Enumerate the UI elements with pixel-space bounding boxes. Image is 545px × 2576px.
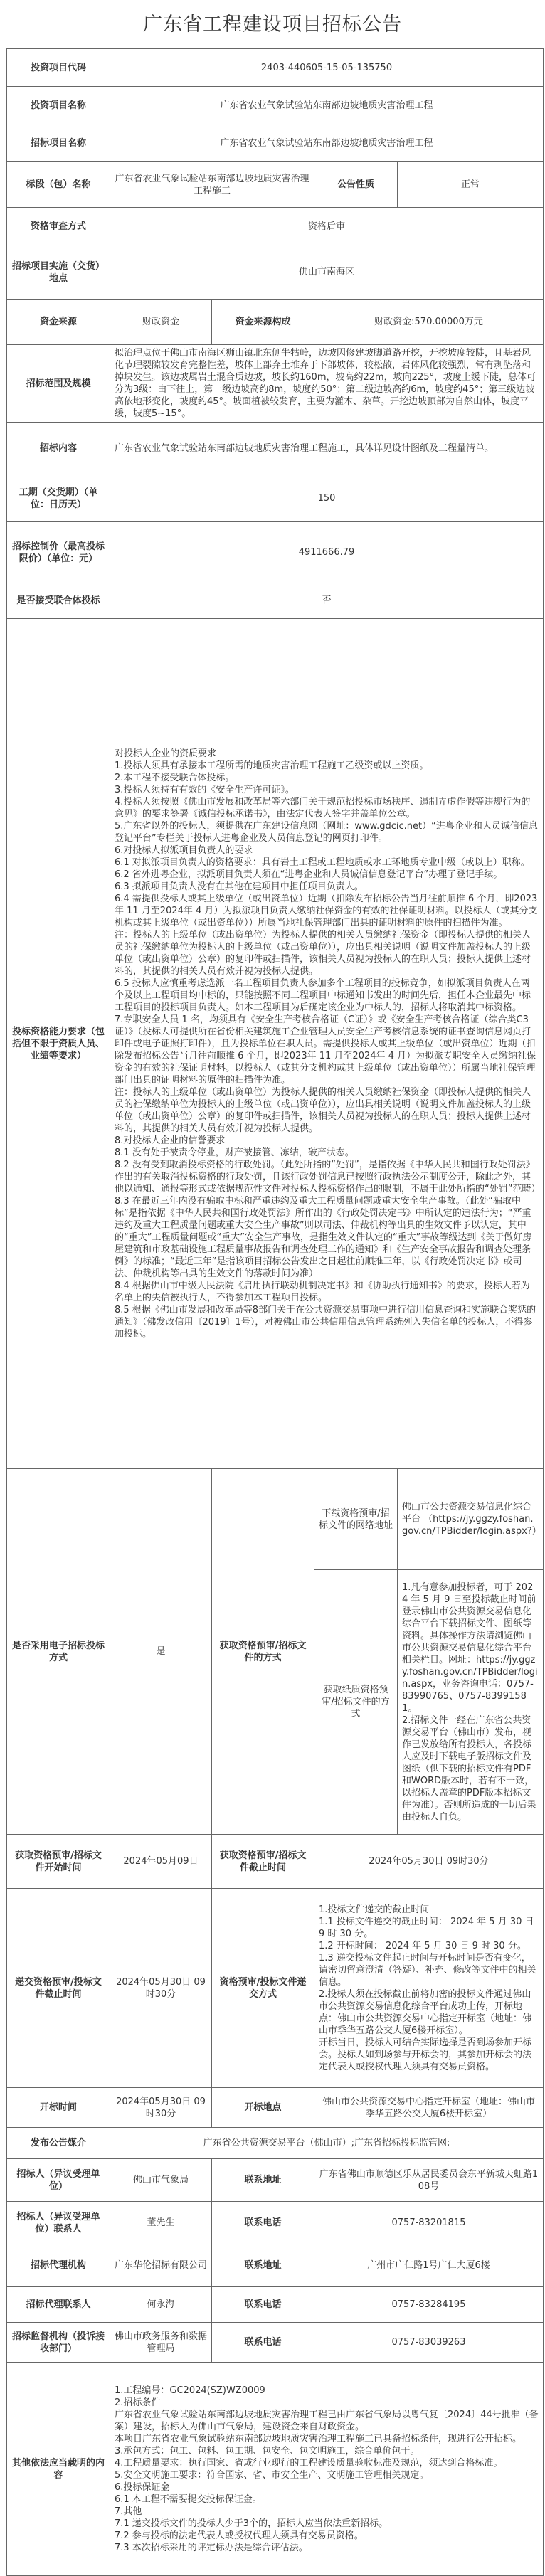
value-agency-phone: 0757-83284195 xyxy=(314,2287,544,2323)
req-line: 7.专职安全人员 1 名，均须具有《安全生产考核合格证（C证）》或《安全生产考核… xyxy=(115,1014,539,1086)
req-line: 6.1 对拟派项目负责人的资格要求：具有岩土工程或工程地质或水工环地质专业中级（… xyxy=(115,857,539,869)
label-tenderer-contact: 招标人（异议受理单位）联系人 xyxy=(7,2202,110,2244)
label-tenderer: 招标人（异议受理单位） xyxy=(7,2159,110,2202)
label-scope: 招标范围及规模 xyxy=(7,345,110,423)
label-consortium: 是否接受联合体投标 xyxy=(7,583,110,619)
submit-line: 1.2 开标时间： 2024 年 5 月 30 日 9 时 30 分。 xyxy=(319,1940,539,1952)
label-section-name: 标段（包）名称 xyxy=(7,162,110,208)
label-doc-start: 获取资格预审/招标文件开始时间 xyxy=(7,1835,110,1889)
value-section-name: 广东省农业气象试验站东南部边坡地质灾害治理工程施工 xyxy=(110,162,314,208)
label-qualification-method: 资格审查方式 xyxy=(7,208,110,245)
label-agency-contact: 招标代理联系人 xyxy=(7,2287,110,2323)
value-investment-name: 广东省农业气象试验站东南部边坡地质灾害治理工程 xyxy=(110,87,544,124)
row-location: 招标项目实施（交货）地点 佛山市南海区 xyxy=(7,245,544,300)
row-max-price: 招标控制价（最高投标限价）（单位：元） 4911666.79 xyxy=(7,522,544,583)
value-media: 广东省公共资源交易平台（佛山市）;广东省招标投标监管网; xyxy=(110,2128,544,2159)
row-agency: 招标代理机构 广东华伦招标有限公司 联系地址 广州市广仁路1号广仁大厦6楼 xyxy=(7,2244,544,2287)
label-content: 招标内容 xyxy=(7,423,110,475)
row-other: 其他依法应当载明的内容 1.工程编号：GC2024(SZ)WZ0009 2.招标… xyxy=(7,2363,544,2576)
row-media: 发布公告媒介 广东省公共资源交易平台（佛山市）;广东省招标投标监管网; xyxy=(7,2128,544,2159)
row-consortium: 是否接受联合体投标 否 xyxy=(7,583,544,619)
req-line: 6.4 需提供投标人或其上级单位（或出资单位）近期（扣除发布招标公告当月往前顺推… xyxy=(115,893,539,929)
other-line: 2.招标条件 xyxy=(115,2397,539,2409)
req-line: 1.投标人须具有承接本工程所需的地质灾害治理工程施工乙级资或以上资质。 xyxy=(115,760,539,772)
label-electronic: 是否采用电子招标投标方式 xyxy=(7,1469,110,1835)
submit-line: 1.投标文件递交的截止时间 xyxy=(319,1904,539,1916)
other-line: 6.1 本工程不需要提交投标保证金。 xyxy=(115,2493,539,2506)
req-line: 4.投标人须按照《佛山市发展和改革局等六部门关于规范招投标市场秩序、遏制弄虚作假… xyxy=(115,796,539,820)
value-electronic: 是 xyxy=(110,1469,212,1835)
label-doc-end: 获取资格预审/招标文件截止时间 xyxy=(212,1835,314,1889)
req-line: 3.投标人须持有有效的《安全生产许可证》。 xyxy=(115,784,539,796)
req-line: 5.广东省以外的投标人，须提供在广东建设信息网（网址：www.gdcic.net… xyxy=(115,820,539,844)
label-investment-name: 投资项目名称 xyxy=(7,87,110,124)
row-supervisor: 招标监督机构（投诉接收部门） 佛山市政务服务和数据管理局 联系电话 0757-8… xyxy=(7,2323,544,2363)
req-line: 注：投标人的上级单位（或出资单位）为投标人提供的相关人员缴纳社保资金（即投标人提… xyxy=(115,929,539,977)
value-agency-address: 广州市广仁路1号广仁大厦6楼 xyxy=(314,2244,544,2287)
value-qualification-requirements: 对投标人企业的资质要求 1.投标人须具有承接本工程所需的地质灾害治理工程施工乙级… xyxy=(110,619,544,1469)
value-supervisor: 佛山市政务服务和数据管理局 xyxy=(110,2323,212,2363)
value-agency-contact: 何永海 xyxy=(110,2287,212,2323)
paper-line: 1.凡有意参加投标者，可于 2024 年 5 月 9 日至投标截止时间前登录佛山… xyxy=(402,1581,539,1714)
value-other: 1.工程编号：GC2024(SZ)WZ0009 2.招标条件 广东省农业气象试验… xyxy=(110,2363,544,2576)
label-download-url: 下载资格预审/招标文件的网络地址 xyxy=(314,1469,398,1570)
value-opening-place: 佛山市公共资源交易中心指定开标室（地址：佛山市季华五路公交大厦6楼开标室） xyxy=(314,2088,544,2128)
other-line: 7.1 递交投标文件的投标人少于3个的，招标人应当依法重新招标。 xyxy=(115,2518,539,2530)
row-duration: 工期（交货期）（单位：日历天） 150 xyxy=(7,475,544,522)
req-line: 6.5 投标人应慎重考虑选派一名工程项目负责人参加多个工程项目的投标竞争，如拟派… xyxy=(115,977,539,1014)
req-line: 8.5 根据《佛山市发展和改革局等8部门关于在公共资源交易事项中进行信用信息查询… xyxy=(115,1304,539,1340)
value-tenderer-phone: 0757-83201815 xyxy=(314,2202,544,2244)
value-opening-time: 2024年05月30日 09时30分 xyxy=(110,2088,212,2128)
paper-line: 2.招标文件一经在广东省公共资源交易平台（佛山市）发布，视作已发放给所有投标人，… xyxy=(402,1714,539,1823)
label-agency: 招标代理机构 xyxy=(7,2244,110,2287)
value-funding-composition: 财政资金:570.00000万元 xyxy=(314,300,544,345)
value-submit-deadline: 2024年05月30日 09时30分 xyxy=(110,1889,212,2088)
value-location: 佛山市南海区 xyxy=(110,245,544,300)
label-submit-deadline: 递交资格预审/投标文件截止时间 xyxy=(7,1889,110,2088)
label-doc-method: 获取资格预审/招标文件的方式 xyxy=(212,1469,314,1835)
value-doc-start: 2024年05月09日 xyxy=(110,1835,212,1889)
row-tenderer-contact: 招标人（异议受理单位）联系人 董先生 联系电话 0757-83201815 xyxy=(7,2202,544,2244)
other-line: 7.3 本次招标采用的评定标办法是综合评估法。 xyxy=(115,2542,539,2554)
label-other: 其他依法应当载明的内容 xyxy=(7,2363,110,2576)
other-line: 7.其他 xyxy=(115,2506,539,2518)
row-content: 招标内容 广东省农业气象试验站东南部边坡地质灾害治理工程施工，具体详见设计图纸及… xyxy=(7,423,544,475)
row-section-name: 标段（包）名称 广东省农业气象试验站东南部边坡地质灾害治理工程施工 公告性质 正… xyxy=(7,162,544,208)
value-supervisor-phone: 0757-83039263 xyxy=(314,2323,544,2363)
req-line: 注：投标人的上级单位（或出资单位）为投标人提供的相关人员缴纳社保资金（即投标人提… xyxy=(115,1086,539,1135)
row-opening: 开标时间 2024年05月30日 09时30分 开标地点 佛山市公共资源交易中心… xyxy=(7,2088,544,2128)
page-title: 广东省工程建设项目招标公告 xyxy=(0,0,545,48)
row-doc-time: 获取资格预审/招标文件开始时间 2024年05月09日 获取资格预审/招标文件截… xyxy=(7,1835,544,1889)
label-opening-place: 开标地点 xyxy=(212,2088,314,2128)
value-tenderer-address: 广东省佛山市顺德区乐从居民委员会东平新城天虹路108号 xyxy=(314,2159,544,2202)
value-consortium: 否 xyxy=(110,583,544,619)
label-supervisor-phone: 联系电话 xyxy=(212,2323,314,2363)
label-agency-phone: 联系电话 xyxy=(212,2287,314,2323)
row-qualification-requirements: 投标资格能力要求（包括但不限于资质人员、业绩等要求） 对投标人企业的资质要求 1… xyxy=(7,619,544,1469)
req-line: 6.2 省外进粤企业，拟派项目负责人须在“进粤企业和人员诚信信息登记平台”办理了… xyxy=(115,869,539,881)
label-tenderer-address: 联系地址 xyxy=(212,2159,314,2202)
label-notice-nature: 公告性质 xyxy=(314,162,398,208)
req-line: 2.本工程不接受联合体投标。 xyxy=(115,772,539,784)
label-supervisor: 招标监督机构（投诉接收部门） xyxy=(7,2323,110,2363)
row-investment-name: 投资项目名称 广东省农业气象试验站东南部边坡地质灾害治理工程 xyxy=(7,87,544,124)
submit-line: 1.3 递交投标文件起止时间与开标时间是否有变化，请密切留意澄清（答疑）、补充、… xyxy=(319,1952,539,1988)
label-tender-name: 招标项目名称 xyxy=(7,124,110,162)
row-funding: 资金来源 财政资金 资金来源构成 财政资金:570.00000万元 xyxy=(7,300,544,345)
other-line: 广东省农业气象试验站东南部边坡地质灾害治理工程已由广东省气象局以粤气复〔2024… xyxy=(115,2409,539,2433)
value-tenderer: 佛山市气象局 xyxy=(110,2159,212,2202)
req-line: 8.对投标人企业的信誉要求 xyxy=(115,1135,539,1147)
value-tenderer-contact: 董先生 xyxy=(110,2202,212,2244)
row-investment-code: 投资项目代码 2403-440605-15-05-135750 xyxy=(7,49,544,87)
label-paper-method: 获取纸质资格预审/招标文件的方式 xyxy=(314,1570,398,1835)
label-investment-code: 投资项目代码 xyxy=(7,49,110,87)
row-qualification-method: 资格审查方式 资格后审 xyxy=(7,208,544,245)
row-electronic-url: 是否采用电子招标投标方式 是 获取资格预审/招标文件的方式 下载资格预审/招标文… xyxy=(7,1469,544,1570)
value-paper-method: 1.凡有意参加投标者，可于 2024 年 5 月 9 日至投标截止时间前登录佛山… xyxy=(398,1570,544,1835)
value-duration: 150 xyxy=(110,475,544,522)
tender-notice-table: 投资项目代码 2403-440605-15-05-135750 投资项目名称 广… xyxy=(6,48,544,2576)
row-tender-name: 招标项目名称 广东省农业气象试验站东南部边坡地质灾害治理工程 xyxy=(7,124,544,162)
label-tenderer-phone: 联系电话 xyxy=(212,2202,314,2244)
label-funding-composition: 资金来源构成 xyxy=(212,300,314,345)
other-line: 本项目广东省农业气象试验站东南部边坡地质灾害治理工程施工已具备招标条件，现进行公… xyxy=(115,2433,539,2445)
value-agency: 广东华伦招标有限公司 xyxy=(110,2244,212,2287)
value-doc-end: 2024年05月30日 09时30分 xyxy=(314,1835,544,1889)
req-line: 8.4 根据佛山市中级人民法院《启用执行联动机制决定书》和《协助执行通知书》的要… xyxy=(115,1280,539,1304)
value-scope: 拟治理点位于佛山市南海区狮山镇北东侧牛牯岭，边坡因修建坡脚道路开挖，开挖坡度较陡… xyxy=(110,345,544,423)
req-line: 6.3 拟派项目负责人没有在其他在建项目中担任项目负责人。 xyxy=(115,881,539,893)
row-scope: 招标范围及规模 拟治理点位于佛山市南海区狮山镇北东侧牛牯岭，边坡因修建坡脚道路开… xyxy=(7,345,544,423)
req-line: 8.3 在最近三年内没有骗取中标和严重违约及重大工程质量问题或重大安全生产事故。… xyxy=(115,1195,539,1280)
label-location: 招标项目实施（交货）地点 xyxy=(7,245,110,300)
value-notice-nature: 正常 xyxy=(398,162,544,208)
other-line: 6.投标保证金 xyxy=(115,2481,539,2493)
label-qualification-requirements: 投标资格能力要求（包括但不限于资质人员、业绩等要求） xyxy=(7,619,110,1469)
other-line: 3.承包方式：包工、包料、包工期、包安全、包文明施工，综合单价包干。 xyxy=(115,2445,539,2457)
label-agency-address: 联系地址 xyxy=(212,2244,314,2287)
value-investment-code: 2403-440605-15-05-135750 xyxy=(110,49,544,87)
label-funding: 资金来源 xyxy=(7,300,110,345)
req-line: 8.1 没有处于被责令停业，财产被接管、冻结，破产状态。 xyxy=(115,1147,539,1159)
submit-line: 1.1 投标文件递交的截止时间： 2024 年 5 月 30 日 9 时 30 … xyxy=(319,1916,539,1940)
other-line: 1.工程编号：GC2024(SZ)WZ0009 xyxy=(115,2385,539,2397)
label-media: 发布公告媒介 xyxy=(7,2128,110,2159)
label-opening-time: 开标时间 xyxy=(7,2088,110,2128)
label-duration: 工期（交货期）（单位：日历天） xyxy=(7,475,110,522)
row-tenderer: 招标人（异议受理单位） 佛山市气象局 联系地址 广东省佛山市顺德区乐从居民委员会… xyxy=(7,2159,544,2202)
row-agency-contact: 招标代理联系人 何永海 联系电话 0757-83284195 xyxy=(7,2287,544,2323)
label-max-price: 招标控制价（最高投标限价）（单位：元） xyxy=(7,522,110,583)
other-line: 7.2 参与投标的法定代表人或授权代理人须具有交易员资格。 xyxy=(115,2530,539,2542)
submit-line: 开标当日，投标人可结合实际选择是否到场参加开标会。投标人如到场参与开标会的，其参… xyxy=(319,2037,539,2073)
req-line: 对投标人企业的资质要求 xyxy=(115,748,539,760)
value-max-price: 4911666.79 xyxy=(110,522,544,583)
value-submit-method: 1.投标文件递交的截止时间 1.1 投标文件递交的截止时间： 2024 年 5 … xyxy=(314,1889,544,2088)
req-line: 8.2 没有受到取消投标资格的行政处罚。（此处所指的“处罚”，是指依据《中华人民… xyxy=(115,1159,539,1195)
label-submit-method: 资格预审/投标文件递交方式 xyxy=(212,1889,314,2088)
req-line: 6.对投标人拟派项目负责人的要求 xyxy=(115,844,539,857)
value-funding: 财政资金 xyxy=(110,300,212,345)
submit-line: 2.投标人须在投标截止前将加密的投标文件通过佛山市公共资源交易信息化综合平台成功… xyxy=(319,1988,539,2037)
value-qualification-method: 资格后审 xyxy=(110,208,544,245)
other-line: 5.安全文明施工要求：符合国家、省、市安全生产、文明施工管理相关规定。 xyxy=(115,2469,539,2481)
row-submit: 递交资格预审/投标文件截止时间 2024年05月30日 09时30分 资格预审/… xyxy=(7,1889,544,2088)
other-line: 4.工程质量要求：执行国家、省或行业现行的工程建设质量验收标准及规范，须达到合格… xyxy=(115,2457,539,2469)
value-tender-name: 广东省农业气象试验站东南部边坡地质灾害治理工程 xyxy=(110,124,544,162)
value-content: 广东省农业气象试验站东南部边坡地质灾害治理工程施工，具体详见设计图纸及工程量清单… xyxy=(110,423,544,475)
value-download-url[interactable]: 佛山市公共资源交易信息化综合平台 （https://jy.ggzy.foshan… xyxy=(398,1469,544,1570)
